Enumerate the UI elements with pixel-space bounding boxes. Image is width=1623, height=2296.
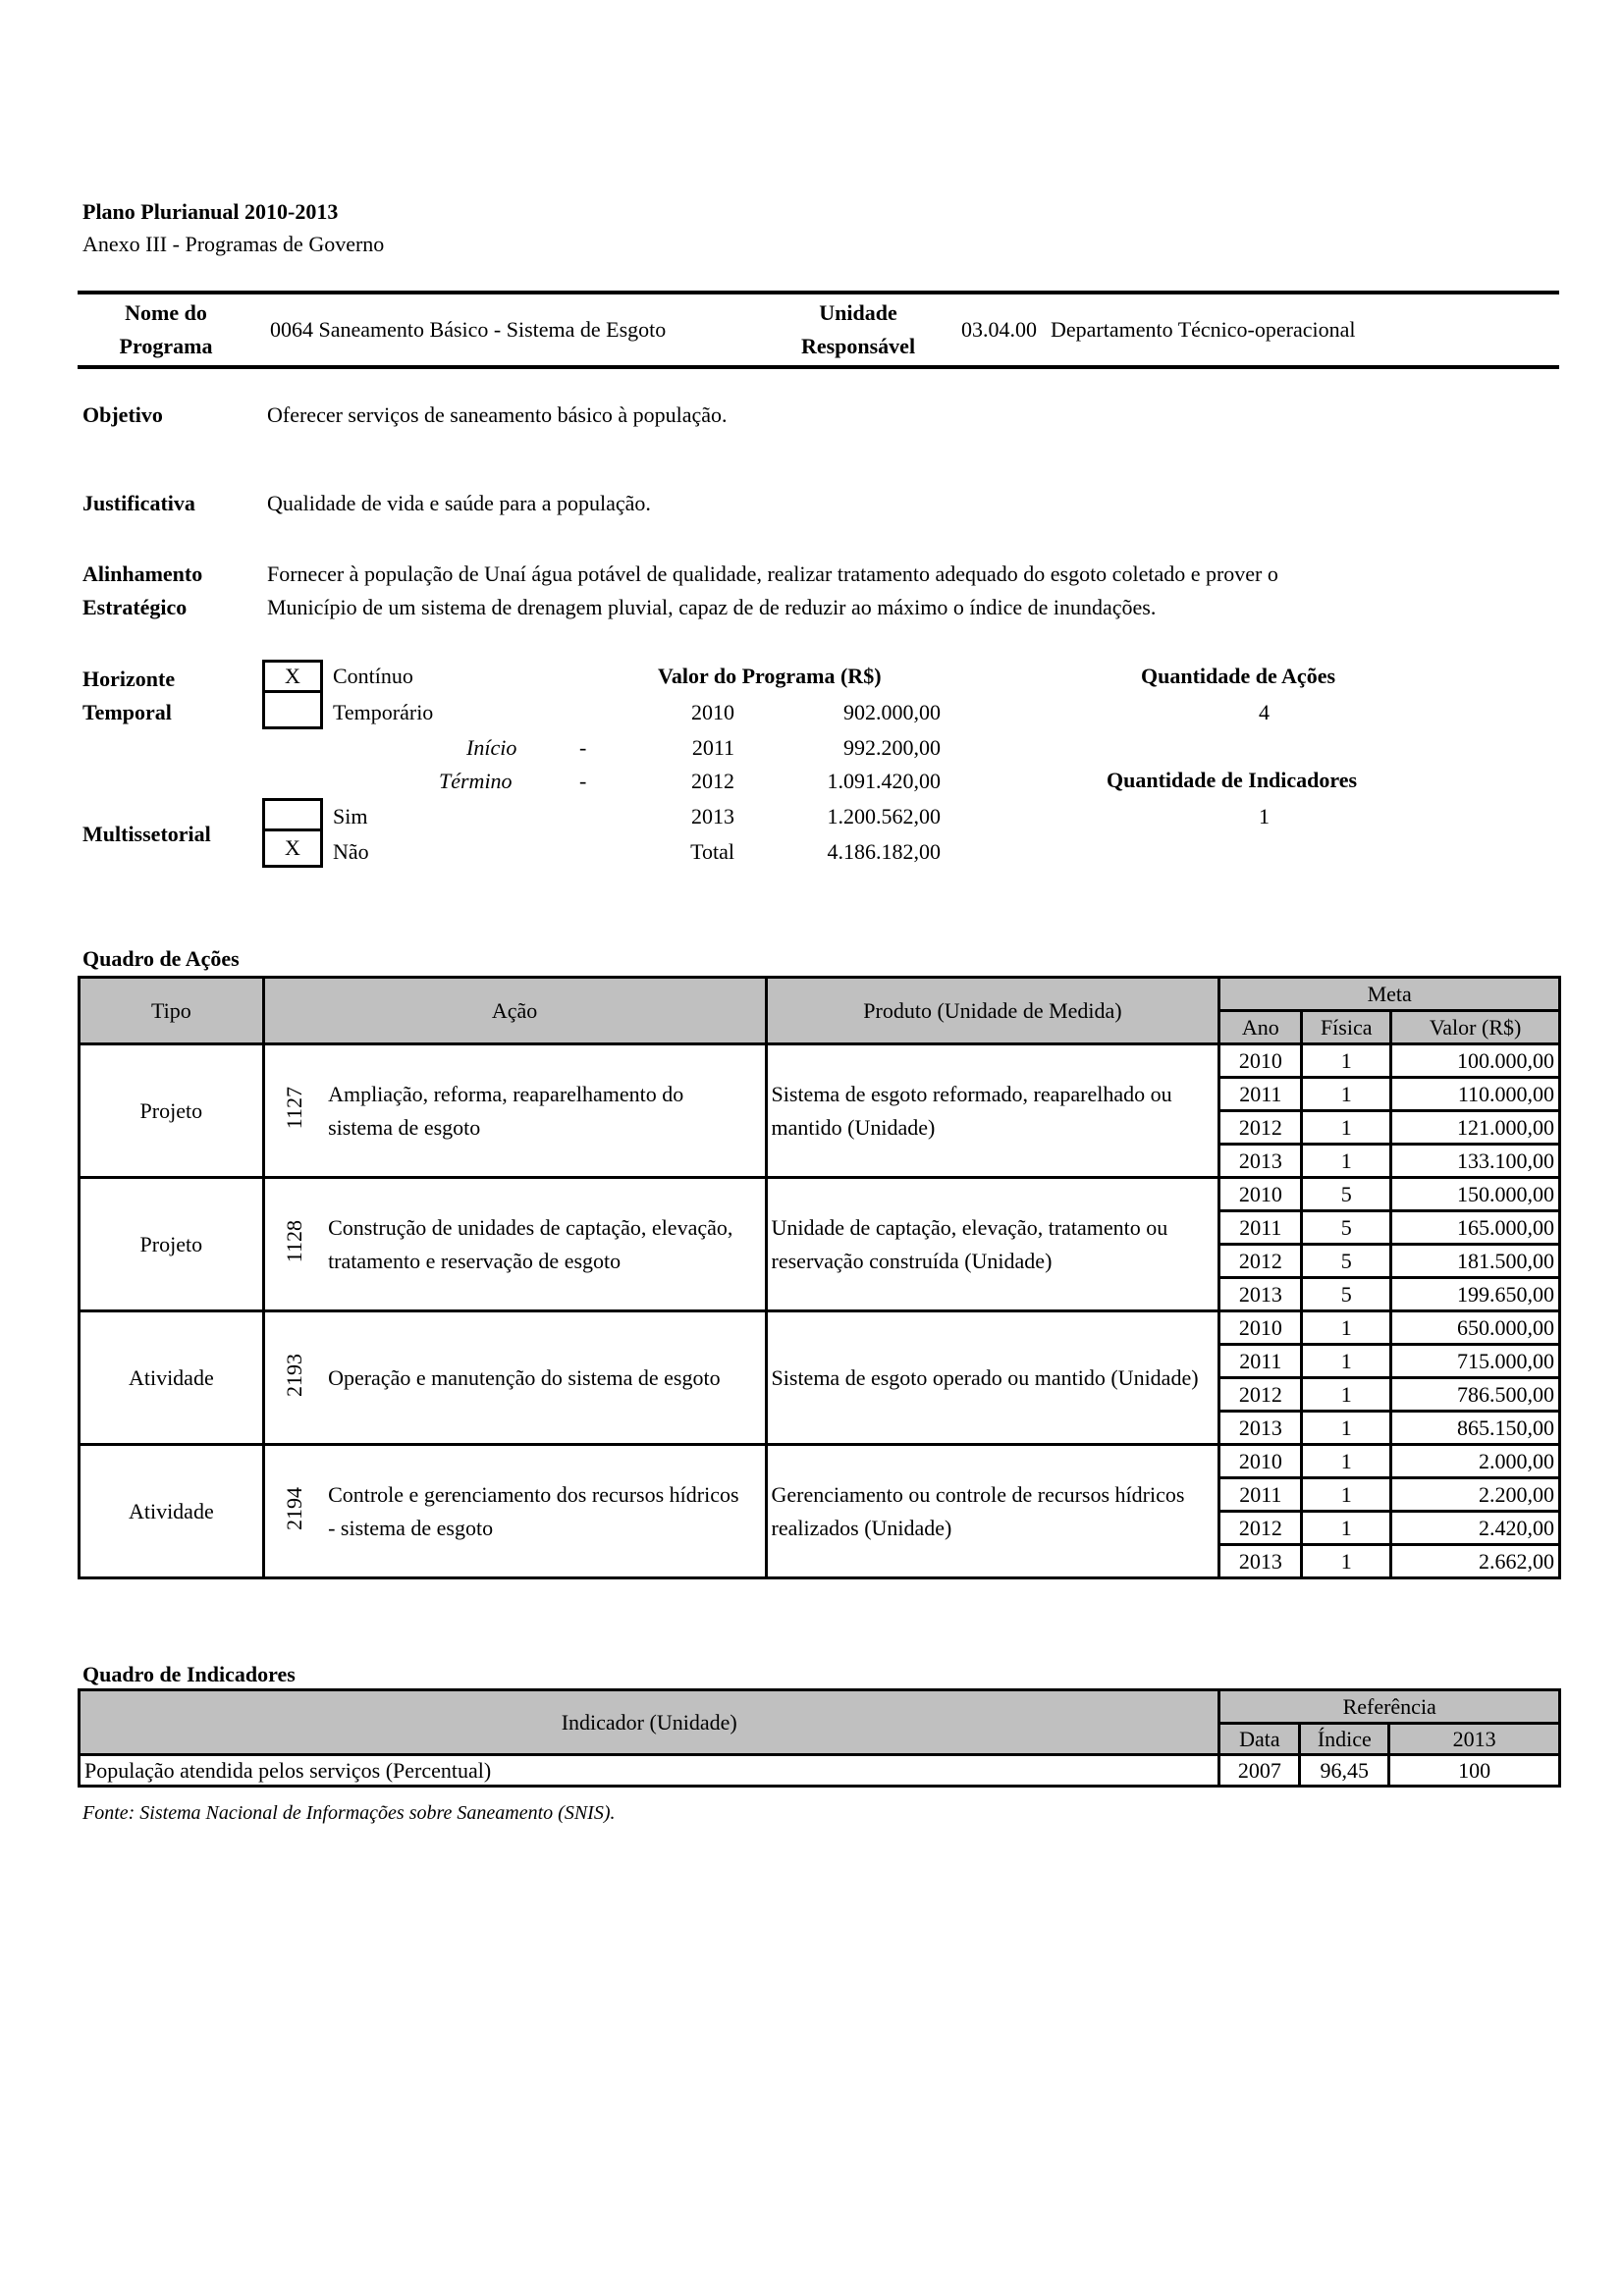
program-header-band: Nome doPrograma 0064 Saneamento Básico -… xyxy=(78,291,1559,369)
meta-fisica: 1 xyxy=(1302,1445,1391,1478)
meta-ano: 2011 xyxy=(1219,1478,1302,1512)
meta-fisica: 1 xyxy=(1302,1512,1391,1545)
objetivo-label: Objetivo xyxy=(82,399,163,432)
table-row: Projeto1127Ampliação, reforma, reaparelh… xyxy=(80,1044,1560,1078)
meta-fisica: 1 xyxy=(1302,1044,1391,1078)
justificativa-label: Justificativa xyxy=(82,487,195,520)
header-indice: Índice xyxy=(1300,1724,1389,1755)
checkbox-sim[interactable] xyxy=(262,798,323,831)
program-name-label-line2: Programa xyxy=(120,334,213,358)
termino-label: Término xyxy=(439,769,513,794)
unit-name: Departamento Técnico-operacional xyxy=(1051,317,1356,343)
program-name-value: 0064 Saneamento Básico - Sistema de Esgo… xyxy=(270,294,666,365)
valor-amount: 902.000,00 xyxy=(744,700,941,725)
acao-produto: Sistema de esgoto operado ou mantido (Un… xyxy=(766,1311,1219,1445)
acao-description: Operação e manutenção do sistema de esgo… xyxy=(324,1311,766,1445)
quadro-acoes-title: Quadro de Ações xyxy=(82,946,240,972)
responsible-unit-value: 03.04.00 Departamento Técnico-operaciona… xyxy=(961,294,1356,365)
valor-year: 2010 xyxy=(656,700,734,725)
quantidade-indicadores-value: 1 xyxy=(1259,804,1270,829)
table-row: População atendida pelos serviços (Perce… xyxy=(80,1755,1560,1787)
meta-valor: 2.420,00 xyxy=(1391,1512,1560,1545)
meta-fisica: 1 xyxy=(1302,1078,1391,1111)
meta-valor: 2.200,00 xyxy=(1391,1478,1560,1512)
meta-fisica: 1 xyxy=(1302,1545,1391,1578)
meta-ano: 2010 xyxy=(1219,1445,1302,1478)
indicador-meta: 100 xyxy=(1389,1755,1560,1787)
meta-fisica: 5 xyxy=(1302,1211,1391,1245)
indicador-indice: 96,45 xyxy=(1300,1755,1389,1787)
unit-label-line2: Responsável xyxy=(801,334,915,358)
valor-year: 2011 xyxy=(656,735,734,761)
meta-valor: 150.000,00 xyxy=(1391,1178,1560,1211)
acao-code: 2194 xyxy=(282,1487,307,1530)
horizonte-label: Horizonte Temporal xyxy=(82,663,175,729)
meta-ano: 2013 xyxy=(1219,1145,1302,1178)
quantidade-acoes-label: Quantidade de Ações xyxy=(1141,664,1335,689)
header-fisica: Física xyxy=(1302,1011,1391,1044)
valor-amount: 1.091.420,00 xyxy=(744,769,941,794)
acao-produto: Gerenciamento ou controle de recursos hí… xyxy=(766,1445,1219,1578)
acao-tipo: Projeto xyxy=(80,1044,264,1178)
header-meta: Meta xyxy=(1219,978,1560,1011)
meta-fisica: 1 xyxy=(1302,1378,1391,1412)
meta-valor: 110.000,00 xyxy=(1391,1078,1560,1111)
meta-valor: 181.500,00 xyxy=(1391,1245,1560,1278)
unit-code: 03.04.00 xyxy=(961,317,1037,343)
checkbox-continuo[interactable]: X xyxy=(262,660,323,693)
alinhamento-text: Fornecer à população de Unaí água potáve… xyxy=(267,558,1553,624)
option-sim-label: Sim xyxy=(333,804,367,829)
indicador-data: 2007 xyxy=(1219,1755,1300,1787)
meta-ano: 2013 xyxy=(1219,1412,1302,1445)
meta-valor: 100.000,00 xyxy=(1391,1044,1560,1078)
header-tipo: Tipo xyxy=(80,978,264,1044)
source-note: Fonte: Sistema Nacional de Informações s… xyxy=(82,1802,616,1825)
meta-fisica: 5 xyxy=(1302,1178,1391,1211)
checkbox-temporario[interactable] xyxy=(262,693,323,729)
justificativa-text: Qualidade de vida e saúde para a populaç… xyxy=(267,487,1553,520)
acoes-table: Tipo Ação Produto (Unidade de Medida) Me… xyxy=(78,976,1561,1579)
header-valor: Valor (R$) xyxy=(1391,1011,1560,1044)
program-name-label-line1: Nome do xyxy=(125,300,207,325)
meta-fisica: 1 xyxy=(1302,1145,1391,1178)
indicadores-table: Indicador (Unidade) Referência Data Índi… xyxy=(78,1688,1561,1788)
acao-description: Construção de unidades de captação, elev… xyxy=(324,1178,766,1311)
meta-ano: 2013 xyxy=(1219,1545,1302,1578)
option-temporario-label: Temporário xyxy=(333,700,433,725)
meta-valor: 786.500,00 xyxy=(1391,1378,1560,1412)
meta-fisica: 1 xyxy=(1302,1478,1391,1512)
inicio-value: - xyxy=(579,735,586,761)
meta-fisica: 5 xyxy=(1302,1245,1391,1278)
header-data: Data xyxy=(1219,1724,1300,1755)
meta-valor: 199.650,00 xyxy=(1391,1278,1560,1311)
alinhamento-text-line2: Município de um sistema de drenagem pluv… xyxy=(267,595,1156,619)
meta-fisica: 1 xyxy=(1302,1311,1391,1345)
option-nao-label: Não xyxy=(333,839,369,865)
meta-ano: 2012 xyxy=(1219,1245,1302,1278)
valor-amount: 1.200.562,00 xyxy=(744,804,941,829)
acao-code-cell: 2193 xyxy=(263,1311,324,1445)
indicador-name: População atendida pelos serviços (Perce… xyxy=(80,1755,1219,1787)
acao-code-cell: 1128 xyxy=(263,1178,324,1311)
quadro-indicadores-title: Quadro de Indicadores xyxy=(82,1662,296,1687)
horizonte-label-line2: Temporal xyxy=(82,700,172,724)
table-row: Atividade2193Operação e manutenção do si… xyxy=(80,1311,1560,1345)
termino-value: - xyxy=(579,769,586,794)
alinhamento-label: Alinhamento Estratégico xyxy=(82,558,202,624)
meta-valor: 2.000,00 xyxy=(1391,1445,1560,1478)
acao-tipo: Projeto xyxy=(80,1178,264,1311)
acao-code-cell: 2194 xyxy=(263,1445,324,1578)
header-referencia: Referência xyxy=(1219,1690,1560,1724)
alinhamento-label-line2: Estratégico xyxy=(82,595,187,619)
responsible-unit-label: UnidadeResponsável xyxy=(780,294,937,365)
acao-tipo: Atividade xyxy=(80,1311,264,1445)
meta-ano: 2010 xyxy=(1219,1178,1302,1211)
acao-description: Controle e gerenciamento dos recursos hí… xyxy=(324,1445,766,1578)
document-subtitle: Anexo III - Programas de Governo xyxy=(82,232,384,257)
meta-ano: 2012 xyxy=(1219,1378,1302,1412)
table-row: Projeto1128Construção de unidades de cap… xyxy=(80,1178,1560,1211)
table-row: Atividade2194Controle e gerenciamento do… xyxy=(80,1445,1560,1478)
horizonte-label-line1: Horizonte xyxy=(82,667,175,691)
meta-fisica: 1 xyxy=(1302,1345,1391,1378)
quantidade-acoes-value: 4 xyxy=(1259,700,1270,725)
acao-code: 1127 xyxy=(282,1087,307,1129)
meta-fisica: 1 xyxy=(1302,1412,1391,1445)
valor-programa-title: Valor do Programa (R$) xyxy=(658,664,882,689)
header-ano: Ano xyxy=(1219,1011,1302,1044)
meta-valor: 165.000,00 xyxy=(1391,1211,1560,1245)
header-meta-ano: 2013 xyxy=(1389,1724,1560,1755)
meta-valor: 650.000,00 xyxy=(1391,1311,1560,1345)
valor-year: Total xyxy=(656,839,734,865)
acao-description: Ampliação, reforma, reaparelhamento do s… xyxy=(324,1044,766,1178)
meta-ano: 2013 xyxy=(1219,1278,1302,1311)
meta-fisica: 5 xyxy=(1302,1278,1391,1311)
program-name-label: Nome doPrograma xyxy=(97,294,235,365)
alinhamento-label-line1: Alinhamento xyxy=(82,561,202,586)
meta-ano: 2011 xyxy=(1219,1345,1302,1378)
acao-code: 2193 xyxy=(282,1354,307,1397)
meta-ano: 2010 xyxy=(1219,1044,1302,1078)
header-produto: Produto (Unidade de Medida) xyxy=(766,978,1219,1044)
document-title: Plano Plurianual 2010-2013 xyxy=(82,199,338,225)
valor-amount: 4.186.182,00 xyxy=(744,839,941,865)
meta-valor: 715.000,00 xyxy=(1391,1345,1560,1378)
acao-code: 1128 xyxy=(282,1220,307,1262)
meta-ano: 2011 xyxy=(1219,1078,1302,1111)
meta-valor: 865.150,00 xyxy=(1391,1412,1560,1445)
meta-ano: 2012 xyxy=(1219,1512,1302,1545)
unit-label-line1: Unidade xyxy=(819,300,896,325)
header-indicador: Indicador (Unidade) xyxy=(80,1690,1219,1755)
acao-produto: Sistema de esgoto reformado, reaparelhad… xyxy=(766,1044,1219,1178)
meta-valor: 2.662,00 xyxy=(1391,1545,1560,1578)
quantidade-indicadores-label: Quantidade de Indicadores xyxy=(1107,768,1357,793)
acao-tipo: Atividade xyxy=(80,1445,264,1578)
meta-ano: 2010 xyxy=(1219,1311,1302,1345)
checkbox-nao[interactable]: X xyxy=(262,831,323,868)
multissetorial-label: Multissetorial xyxy=(82,818,211,851)
valor-year: 2013 xyxy=(656,804,734,829)
valor-year: 2012 xyxy=(656,769,734,794)
inicio-label: Início xyxy=(466,735,516,761)
meta-ano: 2011 xyxy=(1219,1211,1302,1245)
acao-produto: Unidade de captação, elevação, tratament… xyxy=(766,1178,1219,1311)
header-acao: Ação xyxy=(263,978,766,1044)
alinhamento-text-line1: Fornecer à população de Unaí água potáve… xyxy=(267,561,1278,586)
valor-amount: 992.200,00 xyxy=(744,735,941,761)
meta-valor: 121.000,00 xyxy=(1391,1111,1560,1145)
meta-ano: 2012 xyxy=(1219,1111,1302,1145)
acao-code-cell: 1127 xyxy=(263,1044,324,1178)
meta-fisica: 1 xyxy=(1302,1111,1391,1145)
option-continuo-label: Contínuo xyxy=(333,664,413,689)
meta-valor: 133.100,00 xyxy=(1391,1145,1560,1178)
objetivo-text: Oferecer serviços de saneamento básico à… xyxy=(267,399,1553,432)
